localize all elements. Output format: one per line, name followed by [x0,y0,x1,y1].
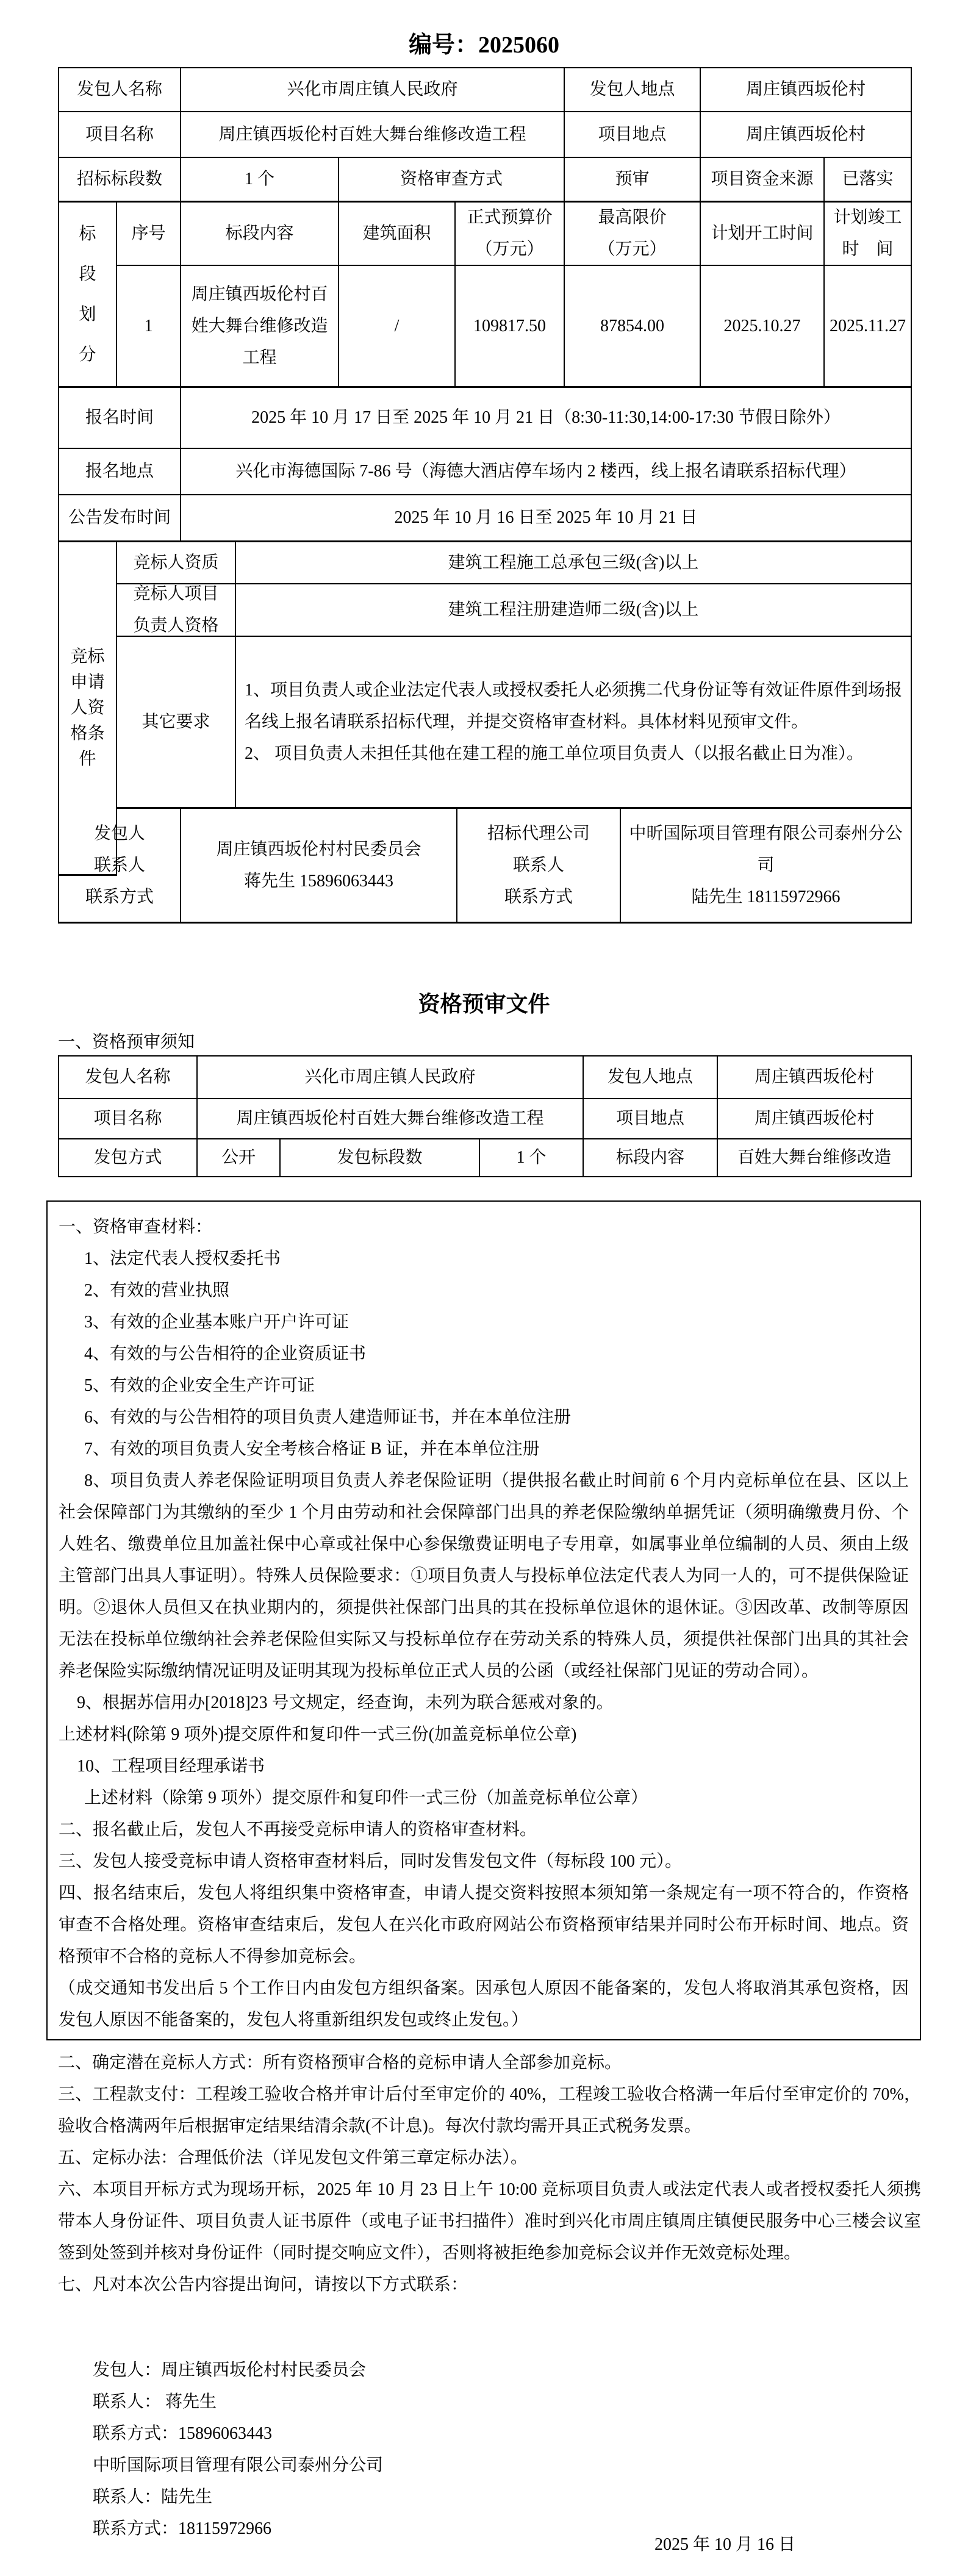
notice-clauses: 二、确定潜在竞标人方式：所有资格预审合格的竞标申请人全部参加竞标。 三、工程款支… [58,2047,921,2301]
col-header-area: 建筑面积 [339,203,456,266]
employer-place-value: 周庄镇西坂伦村 [701,68,912,112]
project-place-label: 项目地点 [565,112,701,158]
material-item-2: 2、有效的营业执照 [59,1275,909,1307]
contact-person-1: 联系人： 蒋先生 [93,2386,886,2418]
t2-section-count-label: 发包标段数 [281,1139,480,1177]
prequalification-notice-heading: 一、资格预审须知 [58,1028,195,1053]
materials-submit-note-1: 上述材料(除第 9 项外)提交原件和复印件一式三份(加盖竞标单位公章) [59,1719,909,1751]
t2-project-name-value: 周庄镇西坂伦村百姓大舞台维修改造工程 [198,1099,584,1139]
material-item-1: 1、法定代表人授权委托书 [59,1243,909,1275]
qualification-method-value: 预审 [565,158,701,203]
other-requirement-1: 1、项目负责人或企业法定代表人或授权委托人必须携二代身份证等有效证件原件到场报名… [245,675,902,738]
contact-employer: 发包人：周庄镇西坂伦村村民委员会 [93,2355,886,2386]
other-requirement-2: 2、 项目负责人未担任其他在建工程的施工单位项目负责人（以报名截止日为准）。 [245,738,864,770]
other-requirements-label: 其它要求 [117,637,236,809]
material-item-7: 7、有效的项目负责人安全考核合格证 B 证，并在本单位注册 [59,1433,909,1465]
contact-block: 发包人：周庄镇西坂伦村村民委员会 联系人： 蒋先生 联系方式：158960634… [93,2355,886,2545]
contact-person-2: 联系人：陆先生 [93,2481,886,2513]
signup-place-label: 报名地点 [59,449,181,495]
t2-project-place-label: 项目地点 [584,1099,718,1139]
material-item-8: 8、项目负责人养老保险证明项目负责人养老保险证明（提供报名截止时间前 6 个月内… [59,1465,909,1687]
col-header-finish-date: 计划竣工 时 间 [825,203,912,266]
col-header-budget: 正式预算价 （万元） [456,203,565,266]
section-count-label: 招标标段数 [59,158,181,203]
clause-6: 六、本项目开标方式为现场开标，2025 年 10 月 23 日上午 10:00 … [58,2174,921,2269]
contact-phone-1: 联系方式：15896063443 [93,2418,886,2450]
clause-3: 三、工程款支付：工程竣工验收合格并审计后付至审定价的 40%，工程竣工验收合格满… [58,2079,921,2142]
qualification-materials-box: 一、资格审查材料： 1、法定代表人授权委托书 2、有效的营业执照 3、有效的企业… [46,1200,921,2040]
material-item-10: 10、工程项目经理承诺书 [59,1751,909,1782]
materials-submit-note-2: 上述材料（除第 9 项外）提交原件和复印件一式三份（加盖竞标单位公章） [59,1782,909,1814]
material-item-9: 9、根据苏信用办[2018]23 号文规定，经查询，未列为联合惩戒对象的。 [59,1687,909,1719]
material-item-3: 3、有效的企业基本账户开户许可证 [59,1307,909,1338]
material-item-6: 6、有效的与公告相符的项目负责人建造师证书，并在本单位注册 [59,1402,909,1433]
seg-seq-value: 1 [117,266,181,388]
notice-time-label: 公告发布时间 [59,495,181,542]
employer-name-value: 兴化市周庄镇人民政府 [181,68,565,112]
pm-cert-label: 竞标人项目 负责人资格 [117,584,236,637]
t2-method-value: 公开 [198,1139,281,1177]
employer-contact-label: 发包人 联系人 联系方式 [59,809,181,924]
issue-date: 2025 年 10 月 16 日 [0,2529,795,2561]
col-header-max-price: 最高限价 （万元） [565,203,701,266]
t2-method-label: 发包方式 [59,1139,198,1177]
section-division-side-label: 标 段 划 分 [59,203,117,388]
col-header-seq: 序号 [117,203,181,266]
prequalification-title: 资格预审文件 [0,987,968,1018]
signup-time-label: 报名时间 [59,388,181,449]
seg-content-value: 周庄镇西坂伦村百姓大舞台维修改造工程 [181,266,339,388]
t2-employer-place-value: 周庄镇西坂伦村 [718,1057,912,1099]
announcement-table: 发包人名称 兴化市周庄镇人民政府 发包人地点 周庄镇西坂伦村 项目名称 周庄镇西… [58,67,912,924]
t2-project-name-label: 项目名称 [59,1099,198,1139]
t2-section-content-value: 百姓大舞台维修改造 [718,1139,912,1177]
project-place-value: 周庄镇西坂伦村 [701,112,912,158]
signup-time-value: 2025 年 10 月 17 日至 2025 年 10 月 21 日（8:30-… [181,388,912,449]
agency-contact-label: 招标代理公司 联系人 联系方式 [457,809,621,924]
qualification-method-label: 资格审查方式 [339,158,565,203]
t2-project-place-value: 周庄镇西坂伦村 [718,1099,912,1139]
box-clause-3: 三、发包人接受竞标申请人资格审查材料后，同时发售发包文件（每标段 100 元）。 [59,1846,909,1878]
clause-7: 七、凡对本次公告内容提出询问，请按以下方式联系： [58,2269,921,2301]
seg-finish-date-value: 2025.11.27 [825,266,912,388]
document-page: 编号：2025060 发包人名称 兴化市周庄镇人民政府 发包人地点 周庄镇西坂伦… [0,0,968,2576]
prequalification-table: 发包人名称 兴化市周庄镇人民政府 发包人地点 周庄镇西坂伦村 项目名称 周庄镇西… [58,1055,912,1177]
t2-employer-name-value: 兴化市周庄镇人民政府 [198,1057,584,1099]
seg-budget-value: 109817.50 [456,266,565,388]
project-name-value: 周庄镇西坂伦村百姓大舞台维修改造工程 [181,112,565,158]
t2-employer-place-label: 发包人地点 [584,1057,718,1099]
clause-5: 五、定标办法：合理低价法（详见发包文件第三章定标办法）。 [58,2142,921,2174]
box-clause-2: 二、报名截止后，发包人不再接受竞标申请人的资格审查材料。 [59,1814,909,1846]
employer-name-label: 发包人名称 [59,68,181,112]
seg-start-date-value: 2025.10.27 [701,266,825,388]
seg-max-price-value: 87854.00 [565,266,701,388]
section-count-value: 1 个 [181,158,339,203]
agency-contact-value: 中昕国际项目管理有限公司泰州分公司 陆先生 18115972966 [621,809,912,924]
employer-place-label: 发包人地点 [565,68,701,112]
box-filing-note: （成交通知书发出后 5 个工作日内由发包方组织备案。因承包人原因不能备案的，发包… [59,1973,909,2036]
bidder-cert-value: 建筑工程施工总承包三级(含)以上 [236,542,912,584]
material-item-5: 5、有效的企业安全生产许可证 [59,1370,909,1402]
col-header-start-date: 计划开工时间 [701,203,825,266]
t2-section-content-label: 标段内容 [584,1139,718,1177]
doc-number: 编号：2025060 [0,26,968,59]
pm-cert-value: 建筑工程注册建造师二级(含)以上 [236,584,912,637]
signup-place-value: 兴化市海德国际 7-86 号（海德大酒店停车场内 2 楼西，线上报名请联系招标代… [181,449,912,495]
material-item-4: 4、有效的与公告相符的企业资质证书 [59,1338,909,1370]
other-requirements-value: 1、项目负责人或企业法定代表人或授权委托人必须携二代身份证等有效证件原件到场报名… [236,637,912,809]
fund-source-label: 项目资金来源 [701,158,825,203]
t2-employer-name-label: 发包人名称 [59,1057,198,1099]
t2-section-count-value: 1 个 [480,1139,584,1177]
seg-area-value: / [339,266,456,388]
col-header-content: 标段内容 [181,203,339,266]
box-heading: 一、资格审查材料： [59,1211,909,1243]
contact-agency: 中昕国际项目管理有限公司泰州分公司 [93,2450,886,2481]
clause-2: 二、确定潜在竞标人方式：所有资格预审合格的竞标申请人全部参加竞标。 [58,2047,921,2079]
fund-source-value: 已落实 [825,158,912,203]
employer-contact-value: 周庄镇西坂伦村村民委员会 蒋先生 15896063443 [181,809,457,924]
box-clause-4: 四、报名结束后，发包人将组织集中资格审查，申请人提交资料按照本须知第一条规定有一… [59,1878,909,1973]
project-name-label: 项目名称 [59,112,181,158]
notice-time-value: 2025 年 10 月 16 日至 2025 年 10 月 21 日 [181,495,912,542]
